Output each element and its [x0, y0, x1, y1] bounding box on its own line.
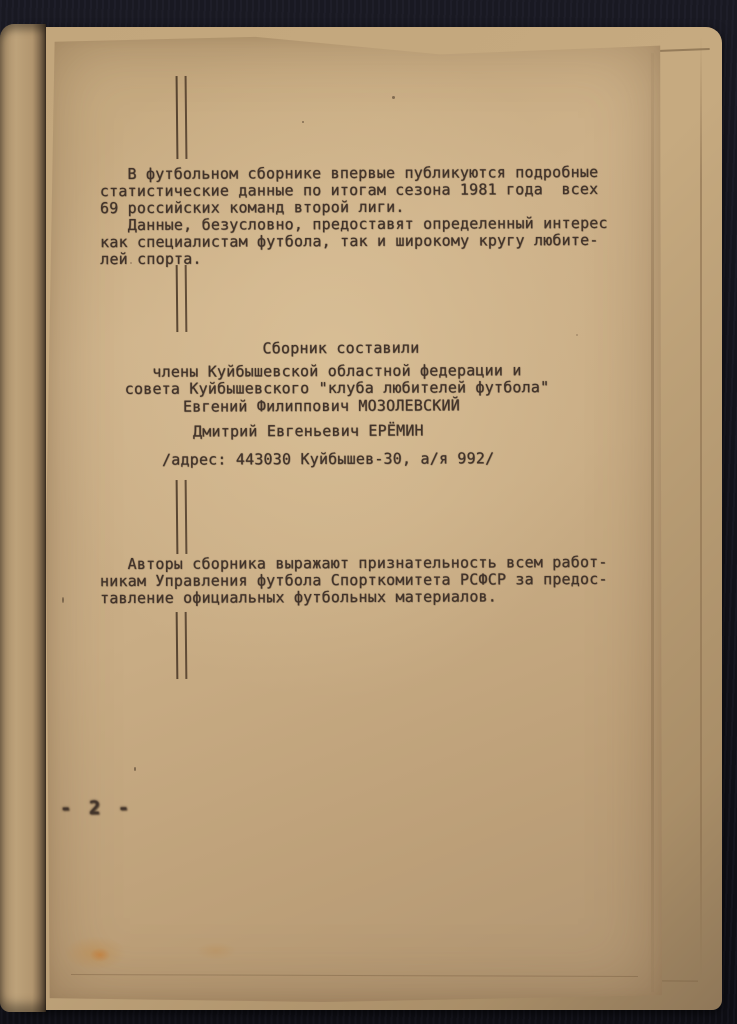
photo-background: В футбольном сборнике впервые публикуютс…	[0, 0, 737, 1024]
paper-speck	[62, 597, 64, 603]
typewriter-margin-mark	[176, 76, 188, 159]
paper-speck	[134, 767, 136, 771]
compiler-name-1: Евгений Филиппович МОЗОЛЕВСКИЙ	[183, 397, 460, 415]
paper-speck	[576, 334, 578, 336]
typewriter-margin-mark	[176, 265, 188, 332]
typewriter-margin-mark	[176, 612, 188, 679]
horizontal-crease	[71, 974, 638, 977]
address-line: /адрес: 443030 Куйбышев-30, а/я 992/	[162, 450, 494, 468]
page-stack-right-edge	[700, 37, 702, 981]
acknowledgement-paragraph: Авторы сборника выражают признательность…	[100, 554, 630, 607]
compilers-heading: Сборник составили	[106, 339, 576, 358]
paper-stain	[196, 942, 236, 960]
intro-paragraph: В футбольном сборнике впервые публикуютс…	[100, 164, 624, 268]
document-page: В футбольном сборнике впервые публикуютс…	[46, 34, 662, 1002]
paper-stain	[64, 936, 126, 970]
compiler-name-2: Дмитрий Евгеньевич ЕРЁМИН	[193, 422, 424, 440]
compilers-description: члены Куйбышевской областной федерации и…	[102, 362, 572, 397]
paper-speck	[130, 262, 132, 264]
paper-stain	[90, 948, 110, 962]
typewriter-margin-mark	[176, 480, 188, 554]
vertical-crease	[651, 53, 654, 992]
book-spine-curled-cover	[0, 24, 46, 1012]
paper-speck	[392, 96, 395, 99]
page-number: - 2 -	[60, 800, 132, 817]
paper-speck	[302, 121, 304, 123]
